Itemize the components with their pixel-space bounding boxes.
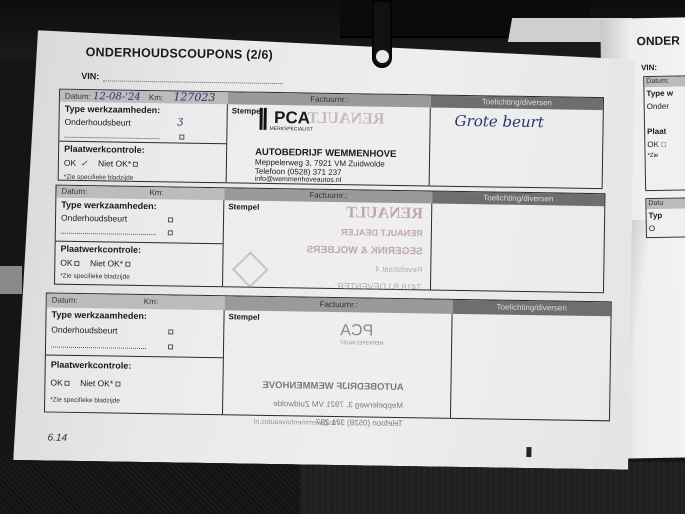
stamp-email: info@wemmenhoveautos.nl	[255, 176, 342, 184]
datum-value: 12-08-'24	[93, 91, 141, 103]
ghost-pca-logo: PCA MERKSPECIALIST	[340, 322, 384, 347]
page-index-tab	[0, 266, 22, 294]
background-fabric-texture	[300, 462, 685, 514]
stamp-area: Stempel RENAULT RENAULT DEALER SEGERINK …	[223, 200, 432, 289]
vin-value-line	[103, 80, 283, 84]
remarks-value: Grote beurt	[454, 112, 543, 131]
ghost-renault-text: RENAULT	[308, 110, 385, 129]
maintenance-booklet-page: ONDERHOUDSCOUPONS (2/6) VIN: Datum: 12-0…	[13, 30, 635, 470]
remarks-area	[451, 314, 611, 420]
type-werkzaamheden-section: Type werkzaamheden: Onderhoudsbeurt	[56, 198, 224, 245]
remarks-area	[431, 203, 604, 292]
footnote: *Zie specifieke bladzijde	[55, 268, 222, 283]
coupon-2: Datum: Km: Factuurnr.: Toelichting/diver…	[54, 185, 606, 294]
other-work-line[interactable]	[61, 233, 156, 235]
other-work-checkbox[interactable]	[168, 230, 173, 235]
bookmark-marker	[526, 447, 531, 457]
datum-label: Datum:	[61, 187, 87, 196]
other-work-checkbox[interactable]	[168, 344, 173, 349]
ok-checkbox[interactable]	[75, 261, 80, 266]
coupon-3: Datum: Km: Factuurnr.: Toelichting/diver…	[44, 292, 612, 421]
niet-ok-checkbox[interactable]	[125, 262, 130, 267]
niet-ok-label: Niet OK*	[90, 258, 123, 269]
stamp-area: Stempel PCA MERKSPECIALIST AUTOBEDRIJF W…	[223, 310, 453, 418]
pca-logo: PCA MERKSPECIALIST	[259, 108, 310, 136]
right-page-vin-label: VIN:	[641, 63, 657, 72]
plaatwerkcontrole-section: Plaatwerkcontrole: OK Niet OK* *Zie spec…	[55, 242, 223, 283]
stamp-area: Stempel RENAULT PCA MERKSPECIALIST AUTOB…	[227, 104, 431, 185]
km-value: 127023	[173, 90, 215, 104]
ok-label: OK	[50, 378, 62, 388]
km-label: Km:	[149, 93, 163, 102]
type-werkzaamheden-section: Type werkzaamheden: Onderhoudsbeurt ʒ	[59, 102, 227, 145]
coupon-1: Datum: 12-08-'24 Km: 127023 Factuurnr.: …	[58, 89, 604, 190]
datum-label: Datum:	[52, 296, 78, 305]
other-work-line[interactable]	[51, 347, 146, 349]
km-label: Km:	[144, 297, 158, 306]
right-page-coupon-2: Datu Typ O	[645, 197, 685, 238]
other-work-line[interactable]	[64, 137, 159, 139]
stempel-label: Stempel	[224, 310, 451, 327]
page-title: ONDERHOUDSCOUPONS (2/6)	[86, 45, 273, 62]
ok-label: OK	[60, 258, 72, 268]
right-page-coupon-1: Datum: Type w Onder Plaat OK □ *Zie	[643, 75, 685, 191]
niet-ok-label: Niet OK*	[80, 378, 113, 389]
footnote: *Zie specifieke bladzijde	[59, 169, 226, 184]
niet-ok-checkbox[interactable]	[115, 382, 120, 387]
plaatwerkcontrole-section: Plaatwerkcontrole: OK ✓ Niet OK* *Zie sp…	[59, 142, 227, 184]
ghost-email: info@wemmenhoveautos.nl	[254, 419, 341, 427]
datum-label: Datum:	[65, 92, 91, 101]
onderhoudsbeurt-checkbox[interactable]	[168, 217, 173, 222]
page-number: 6.14	[48, 432, 68, 443]
vin-label: VIN:	[81, 71, 99, 81]
ok-checkbox-mark[interactable]: ✓	[80, 159, 87, 169]
other-work-checkbox[interactable]	[179, 135, 184, 140]
right-page-title: ONDER	[636, 34, 680, 49]
km-label: Km:	[149, 188, 163, 197]
onderhoudsbeurt-checkbox[interactable]	[168, 329, 173, 334]
footnote: *Zie specifieke bladzijde	[45, 387, 222, 406]
niet-ok-checkbox[interactable]	[133, 162, 138, 167]
type-werkzaamheden-section: Type werkzaamheden: Onderhoudsbeurt	[46, 307, 224, 358]
zipper-pull	[372, 0, 392, 68]
remarks-area: Grote beurt	[430, 107, 603, 188]
niet-ok-label: Niet OK*	[98, 158, 131, 169]
renault-logo-icon	[232, 251, 269, 288]
onderhoudsbeurt-checkbox-mark[interactable]: ʒ	[178, 115, 184, 126]
plaatwerkcontrole-section: Plaatwerkcontrole: OK Niet OK* *Zie spec…	[45, 355, 223, 406]
vin-field: VIN:	[81, 71, 283, 84]
ok-label: OK	[64, 158, 76, 168]
ok-checkbox[interactable]	[65, 381, 70, 386]
